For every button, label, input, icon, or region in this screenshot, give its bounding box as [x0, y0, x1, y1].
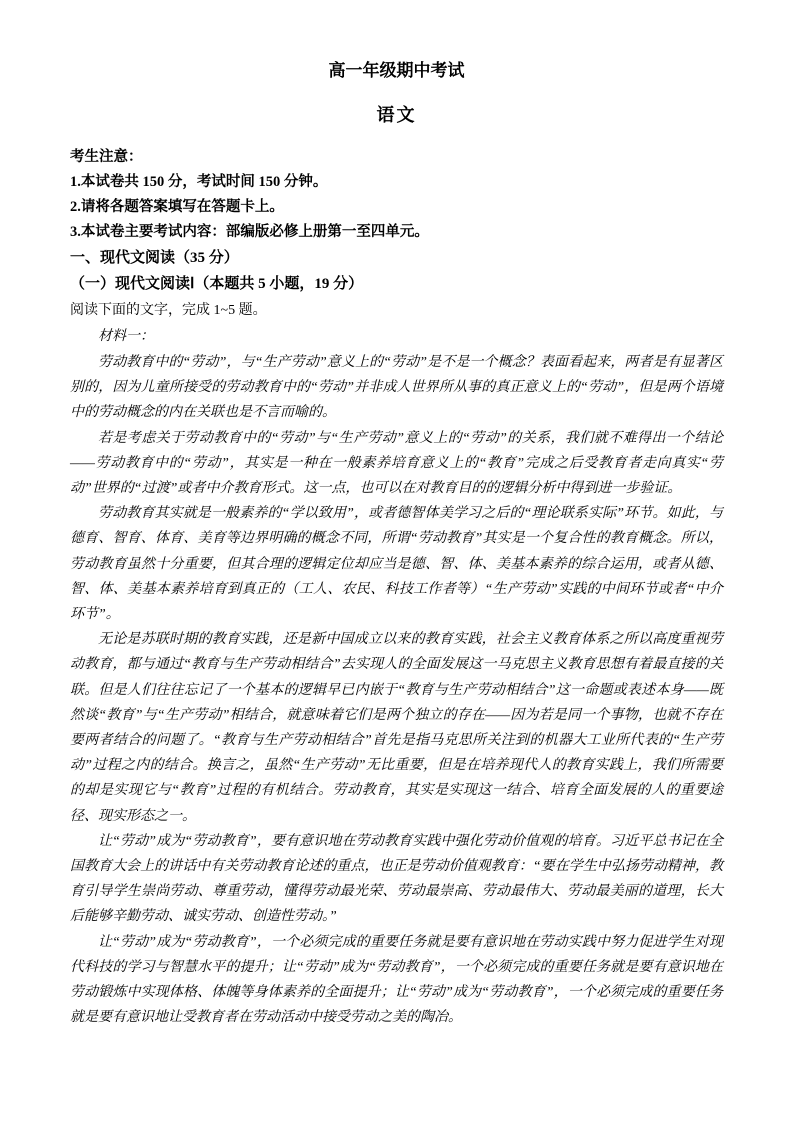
notice-item: 3.本试卷主要考试内容：部编版必修上册第一至四单元。	[70, 220, 723, 245]
notice-section: 考生注意： 1.本试卷共 150 分，考试时间 150 分钟。 2.请将各题答案…	[70, 145, 723, 245]
reading-instruction: 阅读下面的文字，完成 1~5 题。	[70, 298, 723, 324]
material-paragraph: 让“劳动”成为“劳动教育”，一个必须完成的重要任务就是要有意识地在劳动实践中努力…	[70, 930, 723, 1031]
notice-label: 考生注意：	[70, 145, 723, 170]
exam-page: 高一年级期中考试 语文 考生注意： 1.本试卷共 150 分，考试时间 150 …	[0, 0, 793, 1122]
material-paragraph: 让“劳动”成为“劳动教育”，要有意识地在劳动教育实践中强化劳动价值观的培育。习近…	[70, 829, 723, 930]
exam-title: 高一年级期中考试	[70, 60, 723, 82]
notice-item: 2.请将各题答案填写在答题卡上。	[70, 195, 723, 220]
material-paragraph: 若是考虑关于劳动教育中的“劳动”与“生产劳动”意义上的“劳动”的关系，我们就不难…	[70, 426, 723, 502]
material-paragraph: 劳动教育中的“劳动”，与“生产劳动”意义上的“劳动”是不是一个概念？表面看起来，…	[70, 350, 723, 426]
material-paragraph: 无论是苏联时期的教育实践，还是新中国成立以来的教育实践，社会主义教育体系之所以高…	[70, 627, 723, 829]
section-heading: 一、现代文阅读（35 分）	[70, 245, 723, 271]
material-label: 材料一：	[70, 324, 723, 350]
section-subheading: （一）现代文阅读Ⅰ（本题共 5 小题，19 分）	[70, 271, 723, 298]
exam-subject: 语文	[70, 103, 723, 127]
notice-item: 1.本试卷共 150 分，考试时间 150 分钟。	[70, 170, 723, 195]
material-paragraph: 劳动教育其实就是一般素养的“学以致用”，或者德智体美学习之后的“理论联系实际”环…	[70, 501, 723, 627]
material-section: 材料一： 劳动教育中的“劳动”，与“生产劳动”意义上的“劳动”是不是一个概念？表…	[70, 324, 723, 1030]
